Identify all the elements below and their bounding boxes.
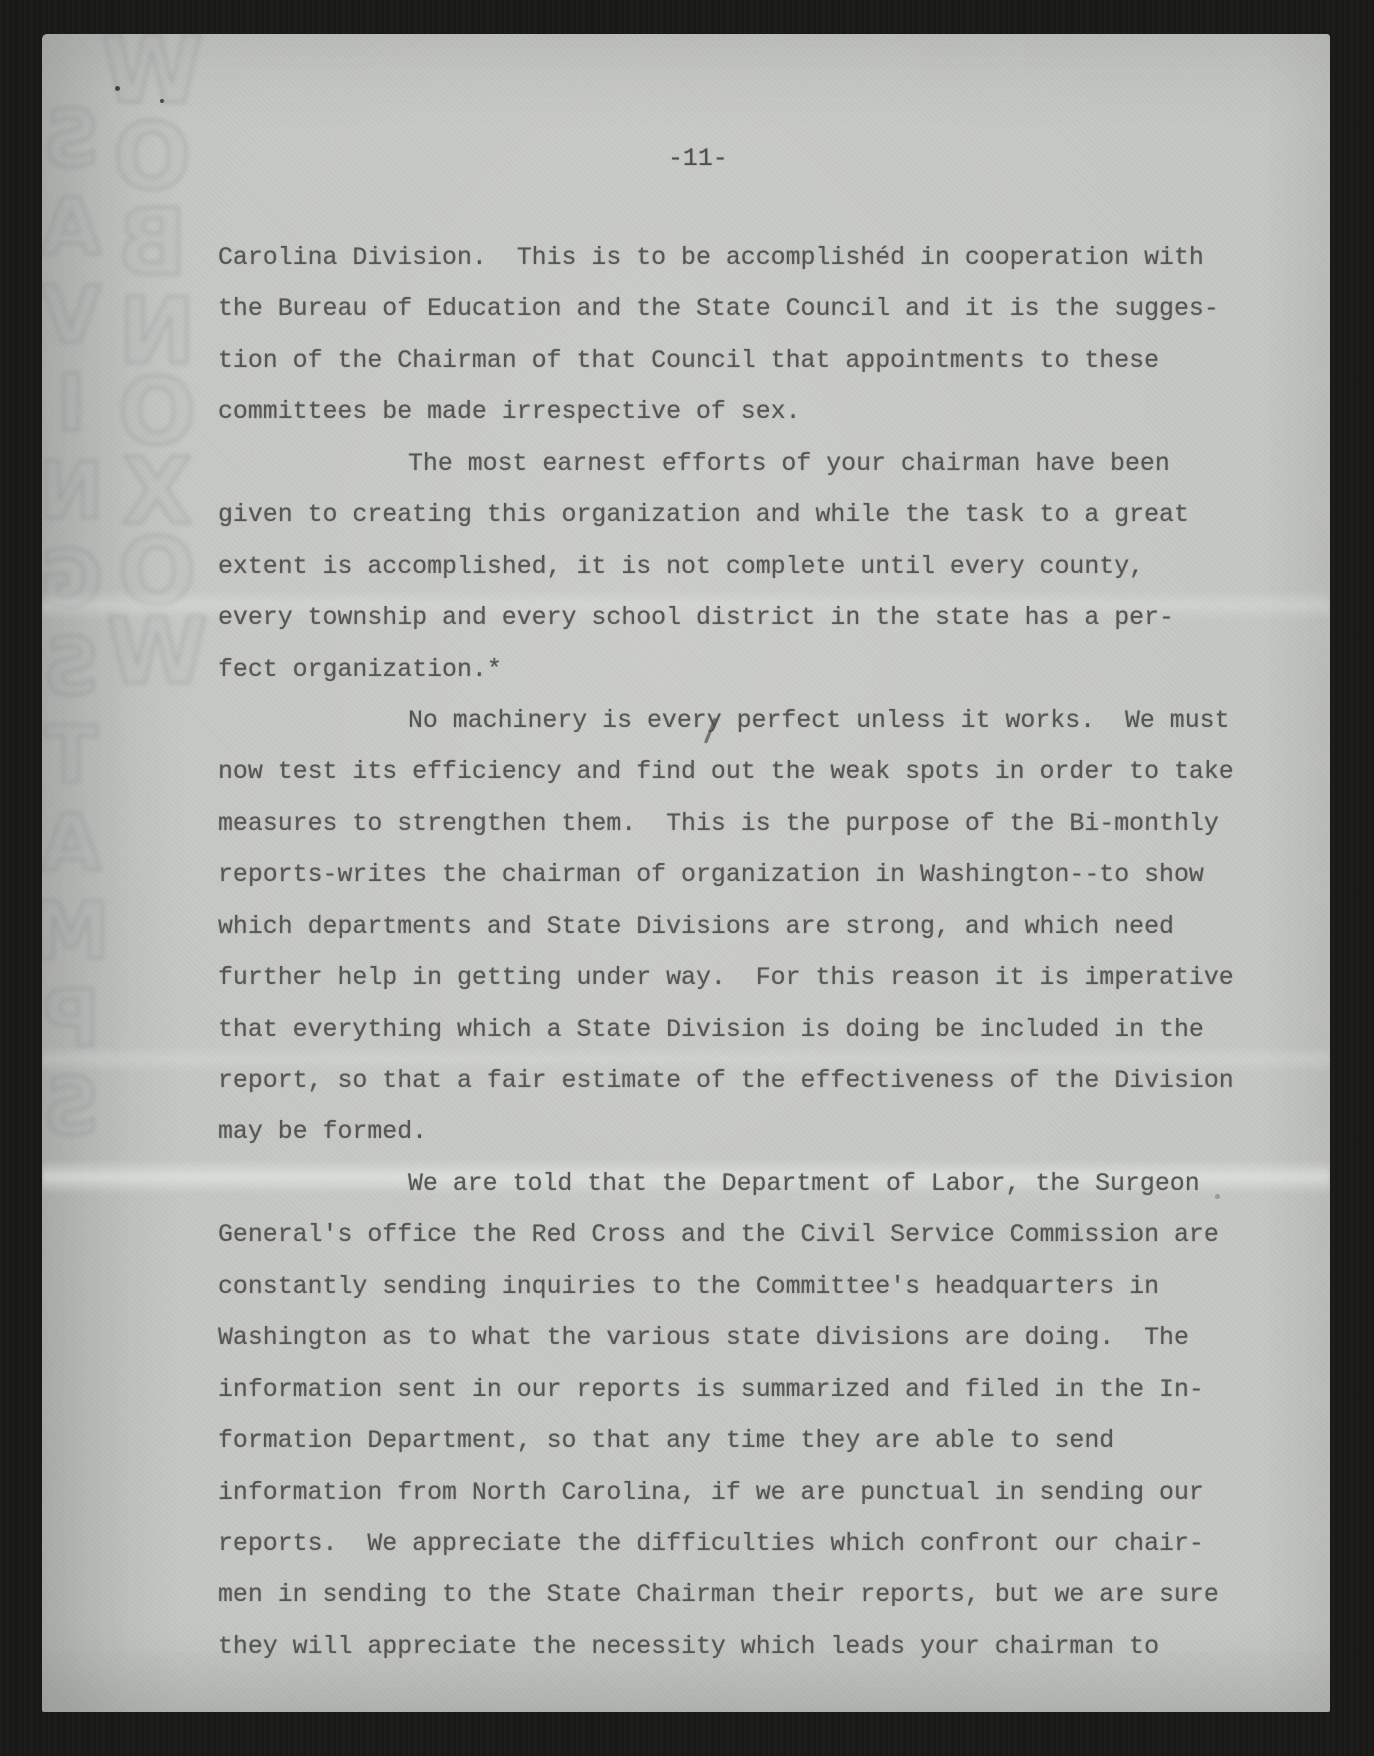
typewritten-line: men in sending to the State Chairman the… — [218, 1570, 1258, 1621]
typewritten-line: report, so that a fair estimate of the e… — [218, 1056, 1258, 1107]
typewritten-line: tion of the Chairman of that Council tha… — [218, 336, 1258, 387]
ink-speck — [115, 86, 120, 91]
page-number: -11- — [668, 134, 728, 185]
typewritten-line: constantly sending inquiries to the Comm… — [218, 1262, 1258, 1313]
typewritten-line: they will appreciate the necessity which… — [218, 1622, 1258, 1673]
typewritten-line: reports-writes the chairman of organizat… — [218, 850, 1258, 901]
typewritten-line: further help in getting under way. For t… — [218, 953, 1258, 1004]
typewritten-line: No machinery is every perfect unless it … — [218, 696, 1258, 747]
typewritten-line: that everything which a State Division i… — [218, 1005, 1258, 1056]
typewritten-line: extent is accomplished, it is not comple… — [218, 542, 1258, 593]
ink-speck — [160, 99, 164, 103]
typewritten-line: formation Department, so that any time t… — [218, 1416, 1258, 1467]
bleedthrough-letters: S A V I N G S T A M P S — [42, 96, 126, 1152]
typewritten-line: reports. We appreciate the difficulties … — [218, 1519, 1258, 1570]
typewritten-text-block: Carolina Division. This is to be accompl… — [218, 233, 1258, 1673]
typewritten-line: information from North Carolina, if we a… — [218, 1468, 1258, 1519]
typewritten-line: Washington as to what the various state … — [218, 1313, 1258, 1364]
typewritten-line: may be formed. — [218, 1107, 1258, 1158]
typewritten-line: committees be made irrespective of sex. — [218, 387, 1258, 438]
typewritten-line: General's office the Red Cross and the C… — [218, 1210, 1258, 1261]
ink-speck — [1215, 1194, 1220, 1199]
typewritten-line: which departments and State Divisions ar… — [218, 902, 1258, 953]
typewritten-line: now test its efficiency and find out the… — [218, 747, 1258, 798]
typewritten-line: fect organization.* — [218, 645, 1258, 696]
typewritten-line: Carolina Division. This is to be accompl… — [218, 233, 1258, 284]
typewritten-line: information sent in our reports is summa… — [218, 1365, 1258, 1416]
paper-sheet: W O BN O X O WS A V I N G S T A M P S -1… — [42, 34, 1330, 1712]
bleedthrough-letters: W O B — [97, 34, 207, 286]
typewritten-line: measures to strengthen them. This is the… — [218, 799, 1258, 850]
typewritten-line: every township and every school district… — [218, 593, 1258, 644]
typewritten-line: the Bureau of Education and the State Co… — [218, 284, 1258, 335]
typewritten-line: The most earnest efforts of your chairma… — [218, 439, 1258, 490]
typewritten-line: We are told that the Department of Labor… — [218, 1159, 1258, 1210]
typewritten-line: given to creating this organization and … — [218, 490, 1258, 541]
bleedthrough-letters: N O X O W — [102, 292, 212, 692]
